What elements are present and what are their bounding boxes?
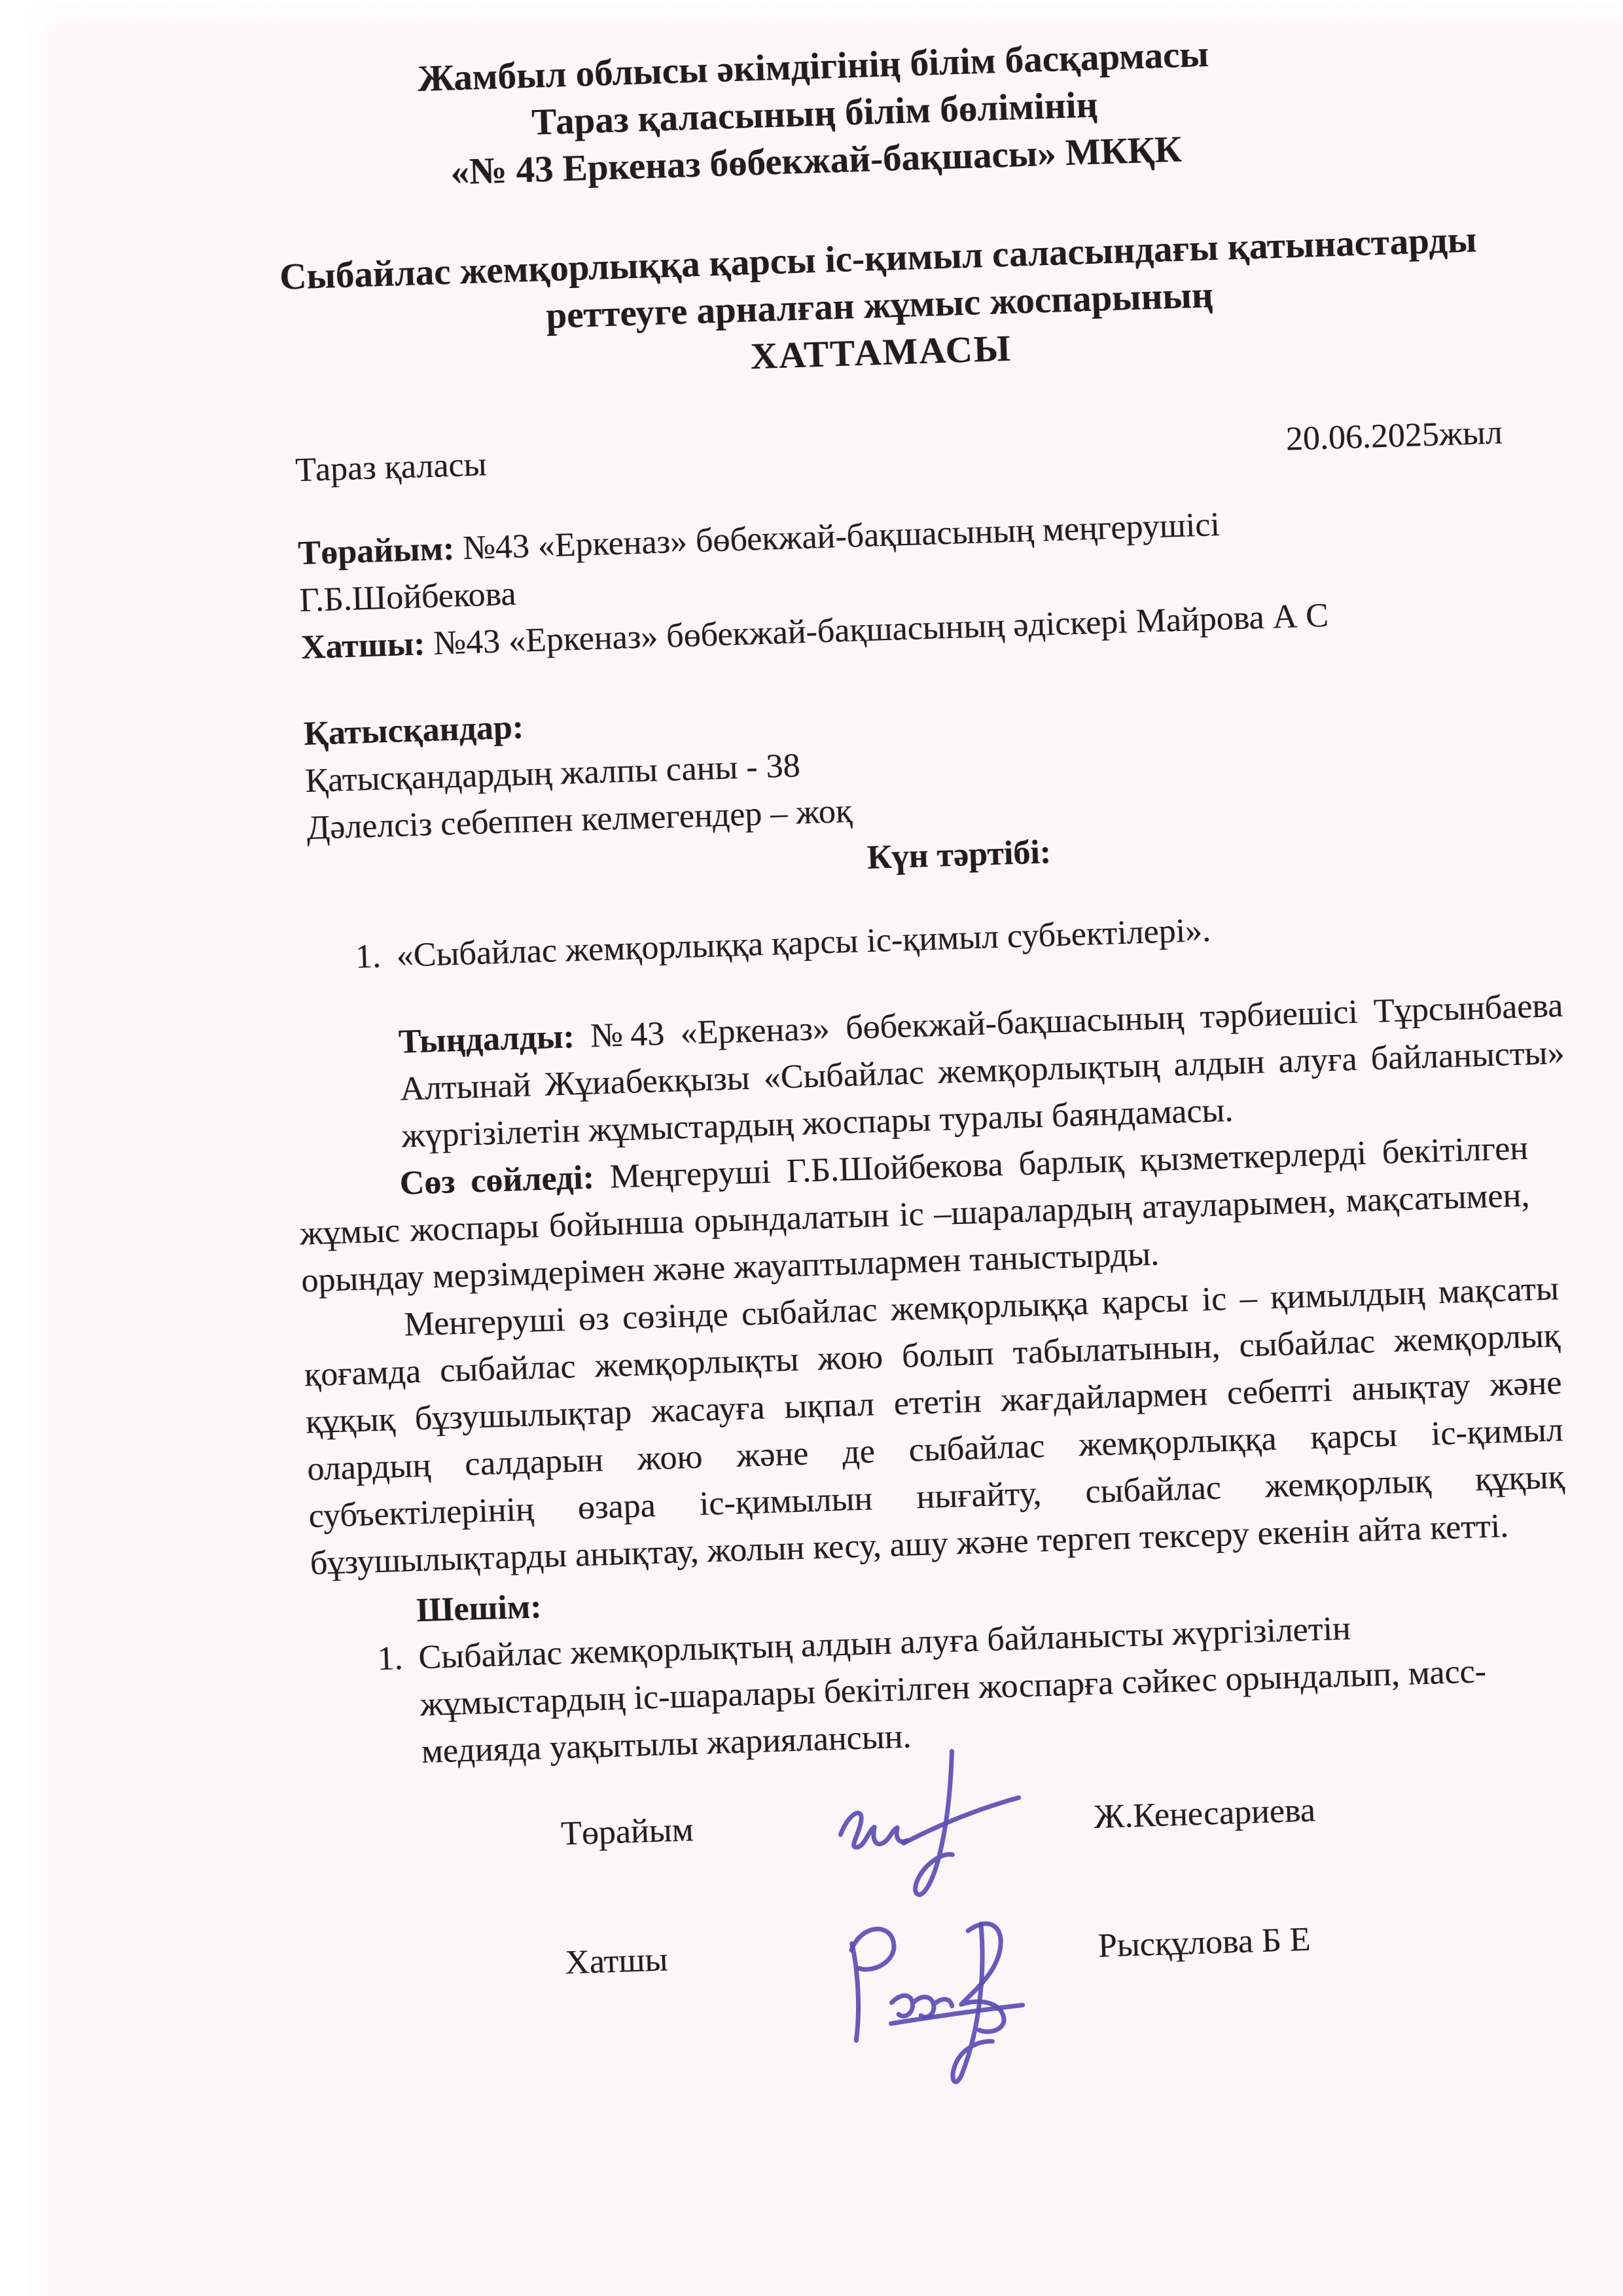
document-content: Жамбыл облысы әкімдігінің білім басқарма… [223, 0, 1580, 1996]
secretary-signature-row: Хатшы Рысқұлова Б Е [564, 1908, 1579, 1987]
secretary-ink-cell [823, 1923, 1099, 1979]
secretary-signature-ink [827, 1859, 1044, 2108]
document-title: Сыбайлас жемқорлыққа қарсы іс-қимыл сала… [230, 215, 1529, 397]
chair-ink-cell [819, 1794, 1095, 1850]
agenda-item: 1. «Сыбайлас жемқорлыққа қарсы іс-қимыл … [355, 897, 1533, 981]
decision-item-number: 1. [377, 1635, 407, 1777]
chair-ink-flourish [902, 1798, 1020, 1844]
agenda-item-number: 1. [355, 933, 382, 981]
secretary-signature-role: Хатшы [564, 1931, 824, 1986]
heard-label: Тыңдалды: [398, 1018, 575, 1060]
chair-label: Төрайым: [298, 530, 455, 572]
city-label: Тараз қаласы [294, 441, 487, 494]
chair-signature-name: Ж.Кенесариева [1094, 1779, 1576, 1841]
document-date: 20.06.2025жыл [1285, 409, 1503, 463]
spoke-label: Сөз сөйледі: [399, 1158, 595, 1202]
scanned-protocol-page: Жамбыл облысы әкімдігінің білім басқарма… [0, 0, 1623, 2296]
officials-block: Төрайым: №43 «Еркеназ» бөбекжай-бақшасын… [297, 492, 1538, 672]
chair-ink-scribble [840, 1812, 907, 1848]
speech-paragraph: Менгеруші өз сөзінде сыбайлас жемқорлыққ… [302, 1265, 1567, 1587]
organization-header: Жамбыл облысы әкімдігінің білім басқарма… [223, 0, 1406, 203]
chair-signature-row: Төрайым Ж.Кенесариева [560, 1779, 1575, 1858]
meta-row: Тараз қаласы 20.06.2025жыл [236, 408, 1532, 496]
secretary-ink-p-stem [852, 1943, 860, 2040]
chair-signature-role: Төрайым [560, 1803, 820, 1857]
agenda-item-text: «Сыбайлас жемқорлыққа қарсы іс-қимыл суб… [396, 907, 1211, 980]
secretary-label: Хатшы: [300, 625, 425, 666]
secretary-signature-name: Рысқұлова Б Е [1097, 1908, 1580, 1970]
